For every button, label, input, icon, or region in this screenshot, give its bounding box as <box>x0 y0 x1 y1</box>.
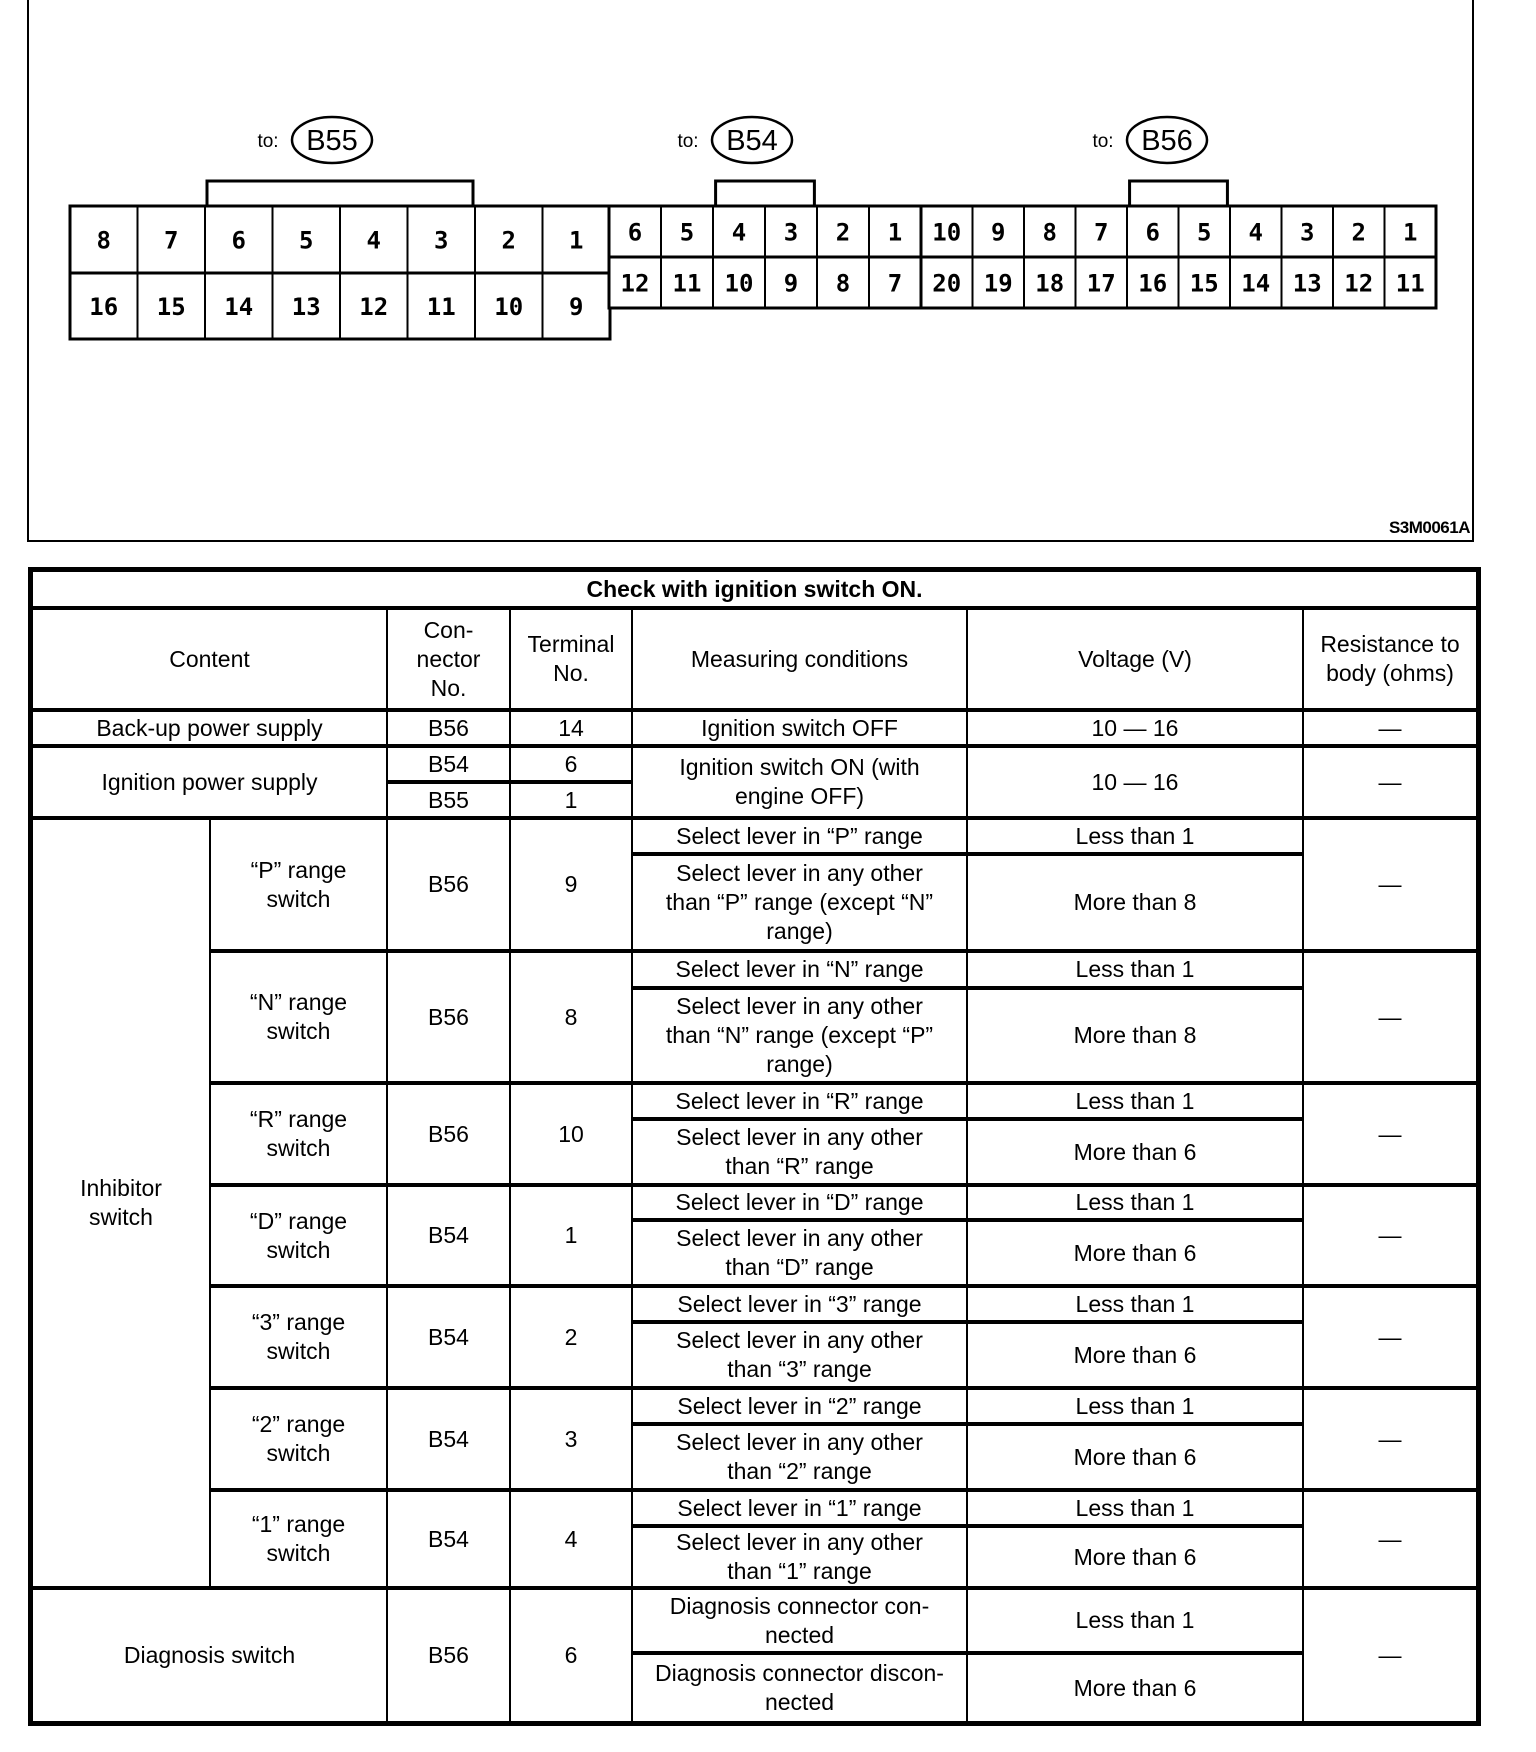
header-content: Content <box>33 610 388 712</box>
pin-label: 8 <box>1043 219 1057 247</box>
pin-label: 3 <box>1300 219 1314 247</box>
connector-no: B55 <box>388 784 511 820</box>
measuring-condition: Select lever in “2” range <box>633 1390 968 1426</box>
measuring-condition: Select lever in “R” range <box>633 1085 968 1121</box>
pin-label: 2 <box>502 227 516 255</box>
connector-b54: 654321121110987to:B54 <box>609 117 921 308</box>
connector-diagram: 87654321161514131211109to:B5565432112111… <box>0 0 1536 560</box>
pin-label: 19 <box>984 270 1013 298</box>
pin-label: 14 <box>1241 270 1270 298</box>
voltage-value: Less than 1 <box>968 1492 1304 1528</box>
measuring-condition: Select lever in “3” range <box>633 1288 968 1324</box>
terminal-no: 1 <box>511 1187 633 1288</box>
content-backup-power-supply: Back-up power supply <box>33 712 388 748</box>
pin-label: 11 <box>427 293 456 321</box>
range-switch-name: “P” range switch <box>211 820 388 953</box>
connector-no: B54 <box>388 1492 511 1590</box>
pin-label: 11 <box>1396 270 1425 298</box>
connector-id: B54 <box>726 125 778 157</box>
measuring-condition: Select lever in any other than “R” range <box>633 1121 968 1187</box>
voltage-value: More than 6 <box>968 1528 1304 1590</box>
measuring-condition: Select lever in any other than “D” range <box>633 1222 968 1288</box>
to-label: to: <box>1092 131 1113 152</box>
connector-no: B54 <box>388 1390 511 1492</box>
content-inhibitor-switch: Inhibitor switch <box>33 820 211 1590</box>
pin-label: 10 <box>725 270 754 298</box>
pin-label: 2 <box>836 219 850 247</box>
resistance-value: — <box>1304 748 1476 820</box>
range-switch-name: “2” range switch <box>211 1390 388 1492</box>
pin-label: 6 <box>1146 219 1160 247</box>
pin-label: 15 <box>157 293 186 321</box>
connector-no: B56 <box>388 1085 511 1187</box>
terminal-no: 9 <box>511 820 633 953</box>
pin-label: 20 <box>932 270 961 298</box>
measuring-condition: Diagnosis connector con- nected <box>633 1590 968 1655</box>
pin-label: 3 <box>784 219 798 247</box>
pin-label: 6 <box>628 219 642 247</box>
header-voltage: Voltage (V) <box>968 610 1304 712</box>
pin-label: 9 <box>569 293 583 321</box>
pin-label: 1 <box>888 219 902 247</box>
pin-label: 18 <box>1035 270 1064 298</box>
terminal-no: 14 <box>511 712 633 748</box>
pin-label: 7 <box>1094 219 1108 247</box>
check-table: Check with ignition switch ON.ContentCon… <box>28 567 1481 1726</box>
voltage-value: Less than 1 <box>968 1085 1304 1121</box>
pin-label: 12 <box>1344 270 1373 298</box>
pin-label: 13 <box>1293 270 1322 298</box>
content-diagnosis-switch: Diagnosis switch <box>33 1590 388 1721</box>
measuring-condition: Select lever in “D” range <box>633 1187 968 1222</box>
voltage-value: Less than 1 <box>968 1187 1304 1222</box>
pin-label: 15 <box>1190 270 1219 298</box>
range-switch-name: “1” range switch <box>211 1492 388 1590</box>
voltage-value: Less than 1 <box>968 1288 1304 1324</box>
voltage-value: Less than 1 <box>968 953 1304 990</box>
measuring-condition: Select lever in any other than “N” range… <box>633 990 968 1085</box>
pin-label: 9 <box>784 270 798 298</box>
range-switch-name: “R” range switch <box>211 1085 388 1187</box>
pin-label: 12 <box>359 293 388 321</box>
pin-label: 11 <box>673 270 702 298</box>
terminal-no: 1 <box>511 784 633 820</box>
terminal-no: 6 <box>511 748 633 784</box>
pin-label: 1 <box>1403 219 1417 247</box>
pin-label: 16 <box>1138 270 1167 298</box>
resistance-value: — <box>1304 1590 1476 1721</box>
connector-b56: 1098765432120191817161514131211to:B56 <box>921 117 1436 308</box>
pin-label: 8 <box>97 227 111 255</box>
pin-label: 6 <box>232 227 246 255</box>
header-measuring-conditions: Measuring conditions <box>633 610 968 712</box>
pin-label: 5 <box>680 219 694 247</box>
range-switch-name: “N” range switch <box>211 953 388 1085</box>
connector-no: B54 <box>388 1288 511 1390</box>
measuring-condition: Select lever in any other than “3” range <box>633 1324 968 1390</box>
connector-key <box>716 181 815 206</box>
header-resistance: Resistance to body (ohms) <box>1304 610 1476 712</box>
connector-no: B56 <box>388 712 511 748</box>
table-title: Check with ignition switch ON. <box>33 572 1476 610</box>
resistance-value: — <box>1304 953 1476 1085</box>
pin-label: 13 <box>292 293 321 321</box>
resistance-value: — <box>1304 1390 1476 1492</box>
voltage-value: Less than 1 <box>968 820 1304 856</box>
resistance-value: — <box>1304 1187 1476 1288</box>
figure-id: S3M0061A <box>1389 518 1470 538</box>
measuring-condition: Select lever in any other than “2” range <box>633 1426 968 1492</box>
connector-b55: 87654321161514131211109to:B55 <box>70 117 610 339</box>
range-switch-name: “D” range switch <box>211 1187 388 1288</box>
measuring-condition: Select lever in “1” range <box>633 1492 968 1528</box>
terminal-no: 4 <box>511 1492 633 1590</box>
connector-no: B54 <box>388 748 511 784</box>
pin-label: 7 <box>164 227 178 255</box>
resistance-value: — <box>1304 1085 1476 1187</box>
pin-label: 14 <box>224 293 253 321</box>
pin-label: 12 <box>621 270 650 298</box>
voltage-value: 10 — 16 <box>968 712 1304 748</box>
measuring-condition: Select lever in “N” range <box>633 953 968 990</box>
voltage-value: More than 6 <box>968 1324 1304 1390</box>
connector-no: B56 <box>388 953 511 1085</box>
voltage-value: More than 6 <box>968 1426 1304 1492</box>
pin-label: 10 <box>494 293 523 321</box>
pin-label: 9 <box>991 219 1005 247</box>
pin-label: 10 <box>932 219 961 247</box>
measuring-condition: Ignition switch ON (with engine OFF) <box>633 748 968 820</box>
pin-label: 4 <box>367 227 381 255</box>
voltage-value: More than 6 <box>968 1121 1304 1187</box>
voltage-value: Less than 1 <box>968 1590 1304 1655</box>
resistance-value: — <box>1304 1288 1476 1390</box>
resistance-value: — <box>1304 712 1476 748</box>
terminal-no: 8 <box>511 953 633 1085</box>
voltage-value: More than 6 <box>968 1655 1304 1721</box>
measuring-condition: Select lever in “P” range <box>633 820 968 856</box>
connector-no: B56 <box>388 1590 511 1721</box>
voltage-value: Less than 1 <box>968 1390 1304 1426</box>
voltage-value: 10 — 16 <box>968 748 1304 820</box>
terminal-no: 2 <box>511 1288 633 1390</box>
terminal-no: 3 <box>511 1390 633 1492</box>
resistance-value: — <box>1304 1492 1476 1590</box>
connector-key <box>207 181 473 206</box>
pin-label: 16 <box>89 293 118 321</box>
connector-key <box>1130 181 1228 206</box>
resistance-value: — <box>1304 820 1476 953</box>
pin-label: 3 <box>434 227 448 255</box>
header-terminal-no: Terminal No. <box>511 610 633 712</box>
pin-label: 4 <box>1249 219 1263 247</box>
content-ignition-power-supply: Ignition power supply <box>33 748 388 820</box>
header-connector-no: Con- nector No. <box>388 610 511 712</box>
pin-label: 4 <box>732 219 746 247</box>
voltage-value: More than 8 <box>968 856 1304 953</box>
pin-label: 17 <box>1087 270 1116 298</box>
voltage-value: More than 8 <box>968 990 1304 1085</box>
range-switch-name: “3” range switch <box>211 1288 388 1390</box>
measuring-condition: Select lever in any other than “1” range <box>633 1528 968 1590</box>
connector-no: B56 <box>388 820 511 953</box>
pin-label: 5 <box>299 227 313 255</box>
connector-id: B55 <box>306 125 358 157</box>
measuring-condition: Select lever in any other than “P” range… <box>633 856 968 953</box>
pin-label: 5 <box>1197 219 1211 247</box>
connector-no: B54 <box>388 1187 511 1288</box>
pin-label: 7 <box>888 270 902 298</box>
to-label: to: <box>677 131 698 152</box>
connector-id: B56 <box>1141 125 1193 157</box>
pin-label: 2 <box>1352 219 1366 247</box>
measuring-condition: Ignition switch OFF <box>633 712 968 748</box>
pin-label: 8 <box>836 270 850 298</box>
terminal-no: 6 <box>511 1590 633 1721</box>
pin-label: 1 <box>569 227 583 255</box>
measuring-condition: Diagnosis connector discon- nected <box>633 1655 968 1721</box>
to-label: to: <box>257 131 278 152</box>
voltage-value: More than 6 <box>968 1222 1304 1288</box>
terminal-no: 10 <box>511 1085 633 1187</box>
